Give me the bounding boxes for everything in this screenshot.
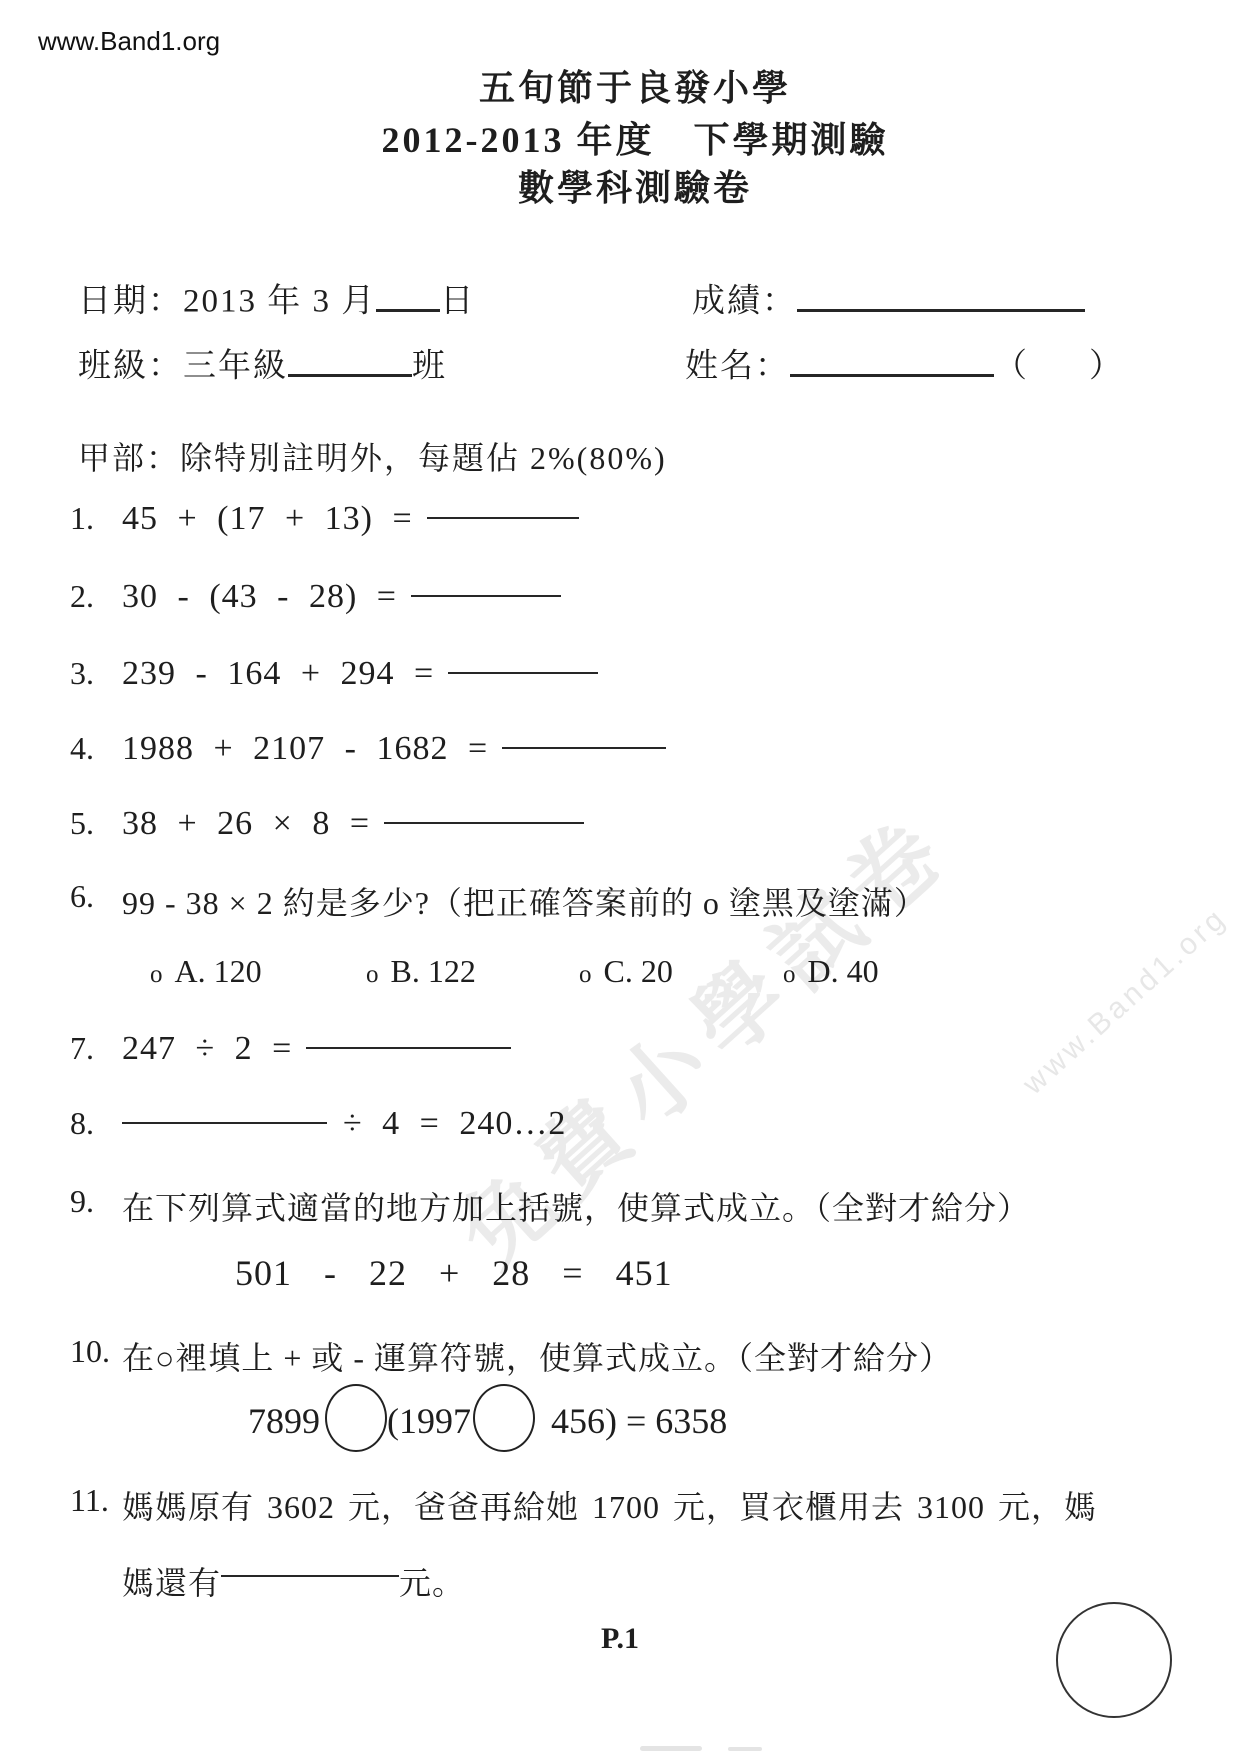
- question-number: 3.: [70, 655, 122, 692]
- question-number: 4.: [70, 730, 122, 767]
- answer-blank[interactable]: [427, 500, 579, 519]
- score-label: 成績：: [692, 284, 797, 320]
- score-field: 成績：: [692, 274, 1085, 322]
- name-paren-close: ）: [1089, 349, 1124, 385]
- scan-artifact: [728, 1747, 762, 1751]
- question-5: 5. 38 + 26 × 8 =: [70, 805, 584, 843]
- question-number: 1.: [70, 500, 122, 537]
- question-number: 8.: [70, 1105, 122, 1142]
- score-blank[interactable]: [797, 274, 1085, 312]
- question-text: 在○裡填上 + 或 - 運算符號，使算式成立。（全對才給分）: [122, 1333, 952, 1379]
- date-label: 日期：2013 年 3 月: [78, 284, 376, 320]
- question-expression: 239 - 164 + 294 =: [122, 655, 434, 693]
- answer-blank[interactable]: [411, 578, 561, 597]
- name-label: 姓名：: [685, 349, 790, 385]
- date-field: 日期：2013 年 3 月日: [78, 274, 475, 322]
- question-9: 9. 在下列算式適當的地方加上括號，使算式成立。（全對才給分）: [70, 1183, 1030, 1229]
- question-number: 9.: [70, 1183, 122, 1220]
- option-label: B. 122: [391, 953, 476, 989]
- question-7: 7. 247 ÷ 2 =: [70, 1030, 511, 1068]
- answer-blank[interactable]: [122, 1105, 327, 1124]
- option-d[interactable]: oD. 40: [783, 953, 879, 990]
- question-11-line2: 媽還有 元。: [70, 1558, 465, 1604]
- question-expression: ÷ 4 = 240…2: [343, 1105, 566, 1143]
- name-paren-open: （: [994, 349, 1029, 385]
- question-expression: 247 ÷ 2 =: [122, 1030, 292, 1068]
- operator-circle[interactable]: [325, 1384, 387, 1452]
- question-6: 6. 99 - 38 × 2 約是多少?（把正確答案前的 o 塗黑及塗滿）: [70, 878, 927, 924]
- page-number: P.1: [0, 1622, 1240, 1656]
- option-bubble-icon[interactable]: o: [579, 961, 592, 988]
- date-suffix: 日: [440, 284, 475, 320]
- question-3: 3. 239 - 164 + 294 =: [70, 655, 598, 693]
- equation-part: (1997: [387, 1400, 471, 1442]
- section-heading: 甲部：除特別註明外，每題佔 2%(80%): [78, 433, 667, 479]
- question-number: 6.: [70, 878, 122, 915]
- option-b[interactable]: oB. 122: [366, 953, 476, 990]
- answer-blank[interactable]: [384, 805, 584, 824]
- question-8: 8. ÷ 4 = 240…2: [70, 1105, 566, 1143]
- option-bubble-icon[interactable]: o: [366, 961, 379, 988]
- option-bubble-icon[interactable]: o: [783, 961, 796, 988]
- question-9-equation: 501 - 22 + 28 = 451: [235, 1252, 673, 1294]
- site-url: www.Band1.org: [38, 26, 220, 57]
- answer-blank[interactable]: [306, 1030, 511, 1049]
- name-blank[interactable]: [790, 339, 994, 377]
- question-1: 1. 45 + (17 + 13) =: [70, 500, 579, 538]
- class-field: 班級：三年級班: [78, 339, 447, 387]
- question-number: 2.: [70, 578, 122, 615]
- question-text: 99 - 38 × 2 約是多少?（把正確答案前的 o 塗黑及塗滿）: [122, 878, 927, 924]
- school-name: 五旬節于良發小學: [0, 60, 1240, 111]
- answer-blank[interactable]: [221, 1558, 399, 1577]
- class-blank[interactable]: [288, 339, 412, 377]
- option-c[interactable]: oC. 20: [579, 953, 673, 990]
- question-number: 5.: [70, 805, 122, 842]
- diagonal-watermark-sub: www.Band1.org: [1017, 901, 1235, 1102]
- scan-artifact: [640, 1746, 702, 1751]
- year-term: 2012-2013 年度 下學期測驗: [0, 112, 1240, 163]
- question-10: 10. 在○裡填上 + 或 - 運算符號，使算式成立。（全對才給分）: [70, 1333, 952, 1379]
- date-blank[interactable]: [376, 274, 440, 312]
- option-label: C. 20: [604, 953, 673, 989]
- equation-part: 7899: [248, 1400, 320, 1442]
- score-circle: [1056, 1602, 1172, 1718]
- operator-circle[interactable]: [473, 1384, 535, 1452]
- question-11: 11. 媽媽原有 3602 元，爸爸再給她 1700 元，買衣櫃用去 3100 …: [70, 1482, 1097, 1528]
- question-number: 7.: [70, 1030, 122, 1067]
- option-a[interactable]: oA. 120: [150, 953, 262, 990]
- question-expression: 45 + (17 + 13) =: [122, 500, 413, 538]
- option-label: D. 40: [808, 953, 879, 989]
- equation-part: 456) = 6358: [551, 1400, 727, 1442]
- question-10-equation: 7899 (1997 456) = 6358: [248, 1400, 727, 1452]
- option-label: A. 120: [175, 953, 262, 989]
- paper-title: 數學科測驗卷: [0, 160, 1240, 211]
- option-bubble-icon[interactable]: o: [150, 961, 163, 988]
- question-2: 2. 30 - (43 - 28) =: [70, 578, 561, 616]
- answer-blank[interactable]: [448, 655, 598, 674]
- question-4: 4. 1988 + 2107 - 1682 =: [70, 730, 666, 768]
- question-text: 媽還有: [122, 1558, 221, 1604]
- question-text: 媽媽原有 3602 元，爸爸再給她 1700 元，買衣櫃用去 3100 元，媽: [122, 1482, 1097, 1528]
- class-suffix: 班: [412, 349, 447, 385]
- class-label: 班級：三年級: [78, 349, 288, 385]
- question-number: 11.: [70, 1482, 122, 1519]
- name-field: 姓名：（）: [685, 339, 1124, 387]
- question-expression: 38 + 26 × 8 =: [122, 805, 370, 843]
- scanned-test-paper: 免費小學試卷 www.Band1.org www.Band1.org 五旬節于良…: [0, 0, 1240, 1754]
- question-number: 10.: [70, 1333, 122, 1370]
- question-text: 在下列算式適當的地方加上括號，使算式成立。（全對才給分）: [122, 1183, 1030, 1229]
- answer-blank[interactable]: [502, 730, 666, 749]
- question-expression: 1988 + 2107 - 1682 =: [122, 730, 488, 768]
- question-expression: 30 - (43 - 28) =: [122, 578, 397, 616]
- question-text: 元。: [399, 1558, 465, 1604]
